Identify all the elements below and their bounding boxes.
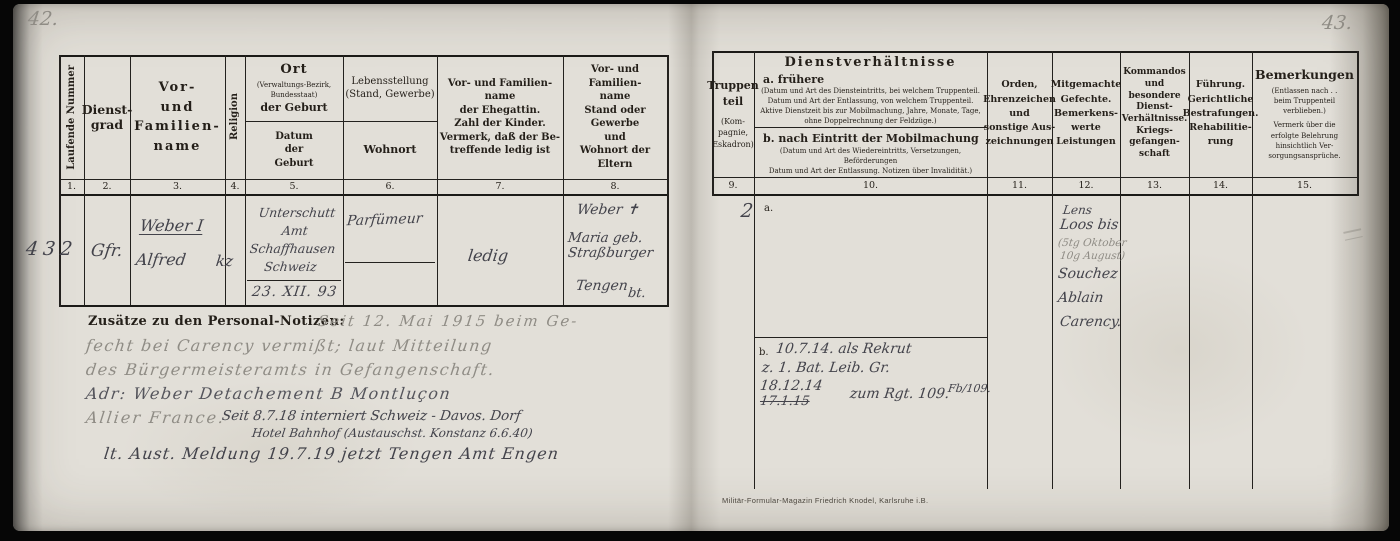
header-gefechte: Mitgemachte Gefechte. Bemerkens- werte L… — [1052, 51, 1120, 177]
colnum-12: 12. — [1052, 178, 1120, 194]
entry-birthdate: 23. XII. 93 — [251, 284, 338, 300]
header-geburtsdatum-label: Datum der Geburt — [274, 130, 313, 171]
entry-parents-line3: Straßburger — [567, 245, 654, 261]
colnum-7-label: 7. — [495, 180, 504, 194]
entry-a-label: a. — [764, 203, 773, 214]
header-geburtsdatum: Datum der Geburt — [245, 121, 343, 179]
printer-imprint: Militär-Formular-Magazin Friedrich Knode… — [722, 496, 928, 505]
header-eltern-label: Vor- und Familien- name Stand oder Gewer… — [563, 63, 667, 171]
entry-b-line3-date: 18.12.14 — [759, 378, 823, 394]
header-geburtsort: Ort (Verwaltungs-Bezirk, Bundesstaat) de… — [245, 55, 343, 121]
header-ehegattin: Vor- und Familien- name der Ehegattin. Z… — [437, 55, 563, 179]
header-dienstverhaeltnisse-title: Dienstverhältnisse — [754, 52, 987, 72]
header-bemerkungen-sub2: Vermerk über die erfolgte Belehrung hins… — [1268, 120, 1340, 161]
entry-battle-ablain: Ablain — [1057, 290, 1104, 306]
colnum-14-label: 14. — [1213, 179, 1228, 193]
entry-name-line1: Weber I — [139, 216, 205, 235]
entry-marital-status: ledig — [467, 246, 510, 265]
header-laufende-nummer: Laufende Nummer — [59, 55, 84, 179]
colnum-1-label: 1. — [67, 180, 76, 194]
header-eltern: Vor- und Familien- name Stand oder Gewer… — [563, 55, 667, 179]
header-b-mobilmachung: b. nach Eintritt der Mobilmachung — [763, 131, 979, 147]
colnum-11: 11. — [987, 178, 1052, 194]
entry-rank: Gfr. — [90, 241, 124, 261]
header-ort-title: Ort — [280, 60, 307, 80]
header-bemerkungen-title: Bemerkungen — [1255, 67, 1354, 82]
entry-parents-line2: Maria geb. — [567, 230, 644, 246]
colnum-9: 9. — [712, 178, 754, 194]
colnum-8-label: 8. — [610, 180, 619, 194]
entry-b-line1: 10.7.14. als Rekrut — [775, 341, 912, 357]
entry-b-line3-rest: zum Rgt. 109. — [849, 386, 950, 402]
notes-line7: lt. Aust. Meldung 19.7.19 jetzt Tengen A… — [103, 444, 560, 463]
left-page-number: 42. — [27, 8, 60, 30]
entry-occupation: Parfümeur — [346, 211, 423, 230]
colnum-1: 1. — [59, 179, 84, 195]
scanned-register-spread: 42. 43. Laufende Nummer Dienst- grad Vor… — [0, 0, 1400, 541]
entry-battle-pencil1: (5tg Oktober — [1057, 237, 1127, 249]
header-bemerkungen: Bemerkungen (Entlassen nach . . beim Tru… — [1252, 51, 1357, 177]
colnum-6: 6. — [343, 179, 437, 195]
header-truppenteil-title: Truppen teil — [707, 78, 759, 110]
header-dienstgrad-label: Dienst- grad — [82, 102, 133, 132]
notes-line4: Adr: Weber Detachement B Montluçon — [85, 384, 453, 403]
header-religion-label: Religion — [228, 93, 242, 140]
header-dienstgrad: Dienst- grad — [84, 55, 130, 179]
header-truppenteil: Truppen teil (Kom- pagnie, Eskadron) — [712, 51, 754, 177]
notes-line5b: Seit 8.7.18 interniert Schweiz - Davos. … — [221, 408, 522, 424]
colnum-8: 8. — [563, 179, 667, 195]
notes-line5a: Allier France. — [85, 408, 227, 427]
notes-line2: fecht bei Carency vermißt; laut Mitteilu… — [85, 336, 494, 355]
colnum-15: 15. — [1252, 178, 1357, 194]
header-wohnort: Wohnort — [343, 121, 437, 179]
header-orden: Orden, Ehrenzeichen und sonstige Aus- ze… — [987, 51, 1052, 177]
header-ehegattin-label: Vor- und Familien- name der Ehegattin. Z… — [440, 77, 560, 158]
colnum-10: 10. — [754, 178, 987, 194]
notes-line3: des Bürgermeisteramts in Gefangenschaft. — [85, 360, 496, 379]
entry-name-line2: Alfred — [135, 250, 187, 269]
colnum-3-label: 3. — [173, 180, 182, 194]
entry-battle-carency: Carency. — [1059, 314, 1122, 330]
colnum-3: 3. — [130, 179, 225, 195]
header-truppenteil-sub: (Kom- pagnie, Eskadron) — [712, 116, 754, 150]
header-ort-sub: (Verwaltungs-Bezirk, Bundesstaat) — [257, 80, 331, 100]
colnum-4-label: 4. — [230, 180, 239, 194]
entry-religion: kz — [215, 252, 234, 270]
notes-line1: Seit 12. Mai 1915 beim Ge- — [317, 312, 580, 330]
header-b-sub-text: (Datum und Art des Wiedereintritts, Vers… — [756, 146, 985, 176]
header-dienstverhaeltnisse-label: Dienstverhältnisse — [784, 55, 956, 70]
header-a-sub-text: (Datum und Art des Diensteintritts, bei … — [760, 86, 981, 127]
header-wohnort-label: Wohnort — [363, 142, 416, 158]
notes-line6: Hotel Bahnhof (Austauschst. Konstanz 6.6… — [251, 426, 533, 440]
entry-battle-lens: Lens — [1062, 203, 1093, 217]
entry-parents-line5: bt. — [627, 286, 647, 301]
entry-b-line3-struck: 17.1.15 — [759, 394, 810, 409]
colnum-5-label: 5. — [289, 180, 298, 194]
header-lebensstellung: Lebensstellung (Stand, Gewerbe) — [343, 55, 437, 121]
header-vor-familienname: Vor- und Familien- name — [130, 55, 225, 179]
colnum-13-label: 13. — [1147, 179, 1162, 193]
entry-parents-line1: Weber ✝ — [576, 202, 640, 218]
colnum-7: 7. — [437, 179, 563, 195]
header-gefechte-label: Mitgemachte Gefechte. Bemerkens- werte L… — [1051, 78, 1122, 149]
colnum-5: 5. — [245, 179, 343, 195]
right-page-number: 43. — [1321, 12, 1354, 34]
header-bemerkungen-sub1: (Entlassen nach . . beim Truppenteil ver… — [1272, 86, 1338, 116]
colnum-13: 13. — [1120, 178, 1189, 194]
colnum-4: 4. — [225, 179, 245, 195]
header-b-sub: (Datum und Art des Wiedereintritts, Vers… — [756, 148, 985, 174]
entry-b-line2: z. 1. Bat. Leib. Gr. — [761, 360, 891, 376]
notes-label: Zusätze zu den Personal-Notizen: — [88, 314, 345, 329]
entry-battle-loos: Loos bis — [1059, 217, 1119, 233]
header-orden-label: Orden, Ehrenzeichen und sonstige Aus- ze… — [983, 78, 1056, 149]
colnum-2: 2. — [84, 179, 130, 195]
colnum-14: 14. — [1189, 178, 1252, 194]
entry-battle-pencil2: 10g August) — [1059, 250, 1125, 262]
colnum-12-label: 12. — [1078, 179, 1093, 193]
colnum-9-label: 9. — [728, 179, 737, 193]
entry-number: 432 — [25, 238, 79, 260]
entry-b-line3-regiment-fraction: Fb/109. — [947, 382, 991, 395]
header-ort-tail: der Geburt — [260, 100, 327, 116]
colnum-10-label: 10. — [863, 179, 878, 193]
header-kommandos-label: Kommandos und besondere Dienst- Verhältn… — [1122, 67, 1188, 161]
colnum-11-label: 11. — [1012, 179, 1027, 193]
entry-birthplace-text: Unterschutt Amt Schaffhausen Schweiz — [247, 204, 341, 277]
colnum-6-label: 6. — [385, 180, 394, 194]
colnum-2-label: 2. — [102, 180, 111, 194]
header-fuehrung: Führung. Gerichtliche Bestrafungen. Reha… — [1189, 51, 1252, 177]
header-kommandos: Kommandos und besondere Dienst- Verhältn… — [1120, 51, 1189, 177]
header-lebensstellung-label: Lebensstellung (Stand, Gewerbe) — [345, 75, 434, 102]
entry-battle-souchez: Souchez — [1057, 266, 1119, 282]
header-laufende-nummer-label: Laufende Nummer — [65, 65, 79, 170]
entry-b-label: b. — [759, 347, 769, 358]
header-vor-familienname-label: Vor- und Familien- name — [134, 78, 221, 156]
header-a-sub: (Datum und Art des Diensteintritts, bei … — [756, 86, 985, 126]
header-religion: Religion — [225, 55, 245, 179]
header-fuehrung-label: Führung. Gerichtliche Bestrafungen. Reha… — [1183, 78, 1259, 149]
colnum-15-label: 15. — [1297, 179, 1312, 193]
entry-parents-line4: Tengen — [575, 278, 629, 294]
entry-birthplace: Unterschutt Amt Schaffhausen Schweiz — [247, 202, 341, 278]
